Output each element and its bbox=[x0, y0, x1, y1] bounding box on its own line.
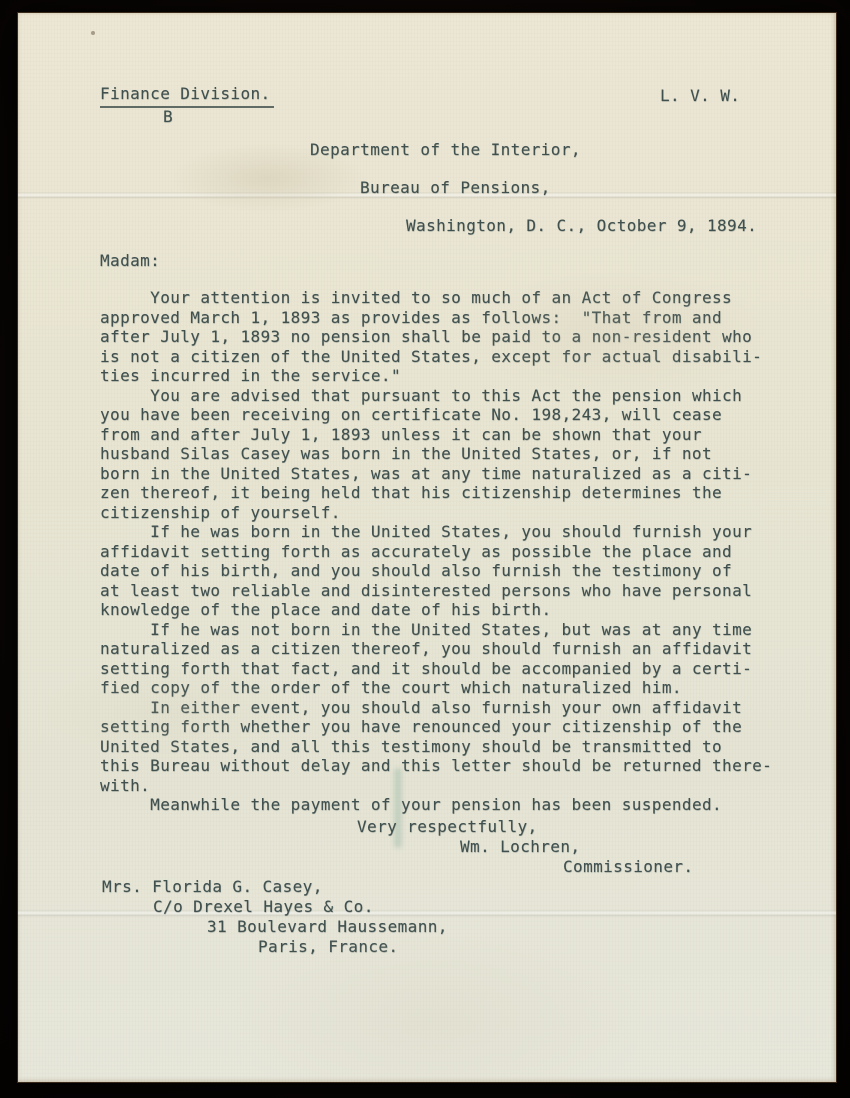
signature-title: Commissioner. bbox=[563, 857, 693, 877]
dateline-bureau: Bureau of Pensions, bbox=[360, 178, 551, 198]
letter-body: Your attention is invited to so much of … bbox=[100, 288, 814, 815]
letter-paper: Finance Division. B L. V. W. Department … bbox=[18, 13, 836, 1082]
scan-background: Finance Division. B L. V. W. Department … bbox=[0, 0, 850, 1098]
valediction: Very respectfully, bbox=[357, 817, 538, 837]
dateline-place-date: Washington, D. C., October 9, 1894. bbox=[406, 216, 757, 236]
division-letter-b: B bbox=[163, 107, 173, 127]
paper-speck bbox=[91, 31, 95, 35]
dateline-department: Department of the Interior, bbox=[310, 140, 581, 160]
recipient-street: 31 Boulevard Haussemann, bbox=[207, 917, 448, 937]
finance-division-label: Finance Division. bbox=[100, 84, 274, 108]
recipient-care-of: C/o Drexel Hayes & Co. bbox=[153, 897, 374, 917]
finance-division-text: Finance Division. bbox=[100, 84, 274, 108]
fold-crease-bottom bbox=[18, 910, 836, 917]
signature-name: Wm. Lochren, bbox=[460, 837, 580, 857]
salutation: Madam: bbox=[100, 251, 160, 271]
recipient-city: Paris, France. bbox=[258, 937, 398, 957]
recipient-name: Mrs. Florida G. Casey, bbox=[102, 877, 323, 897]
clerk-initials: L. V. W. bbox=[660, 86, 740, 106]
